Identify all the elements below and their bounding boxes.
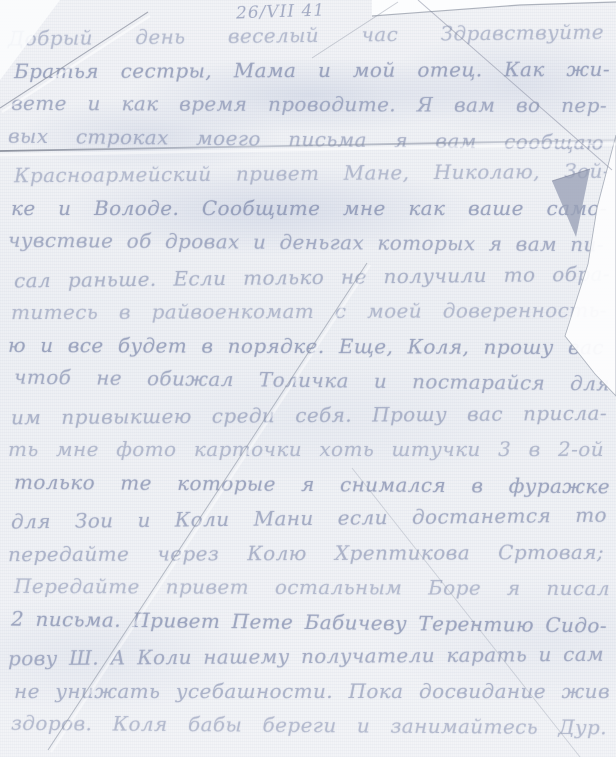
letter-line: сал раньше. Если только не получили то о… [14, 260, 610, 294]
letter-line: ть мне фото карточки хоть штучки 3 в 2-о… [8, 436, 604, 463]
letter-line: Передайте привет остальным Боре я писал [14, 573, 610, 602]
letter-line: ке и Володе. Сообщите мне как ваше само- [11, 195, 607, 222]
letter-body: Добрый день веселый час ЗдравствуйтеБрат… [0, 0, 616, 757]
letter-line: рову Ш. А Коли нашему получатели карать … [8, 641, 604, 673]
letter-line: Братья сестры, Мама и мой отец. Как жи- [14, 55, 610, 84]
letter-line: вых строках моего письма я вам сообщаю [8, 122, 604, 156]
letter-line: для Зои и Коли Мани если достанется то [11, 502, 607, 536]
letter-line: им привыкшею среди себя. Прошу вас присл… [11, 399, 607, 431]
letter-line: титесь в райвоенкомат с моей доверенност… [11, 297, 607, 326]
letter-line: только те которые я снимался в фуражке [14, 468, 610, 500]
letter-line: Красноармейский привет Мане, Николаю, Зо… [14, 158, 610, 190]
letter-line: вете и как время проводите. Я вам во пер… [11, 90, 607, 119]
letter-line: 2 письма. Привет Пете Бабичеву Терентию … [11, 605, 607, 639]
letter-line: ю и все будет в порядке. Еще, Коля, прош… [8, 331, 604, 360]
letter-line: здоров. Коля бабы береги и занимайтесь Д… [11, 710, 607, 742]
letter-line: чтоб не обижал Толичка и постарайся для [14, 364, 610, 398]
letter-line: не унижать усебашности. Пока досвидание … [14, 678, 610, 705]
scanned-letter: 26/VII 41 Добрый день веселый час Здравс… [0, 0, 616, 757]
letter-line: Добрый день веселый час Здравствуйте [8, 19, 604, 53]
letter-line: чувствие об дровах и деньгах которых я в… [8, 227, 604, 259]
letter-line: передайте через Колю Хрептикова Сртовая; [8, 538, 604, 567]
